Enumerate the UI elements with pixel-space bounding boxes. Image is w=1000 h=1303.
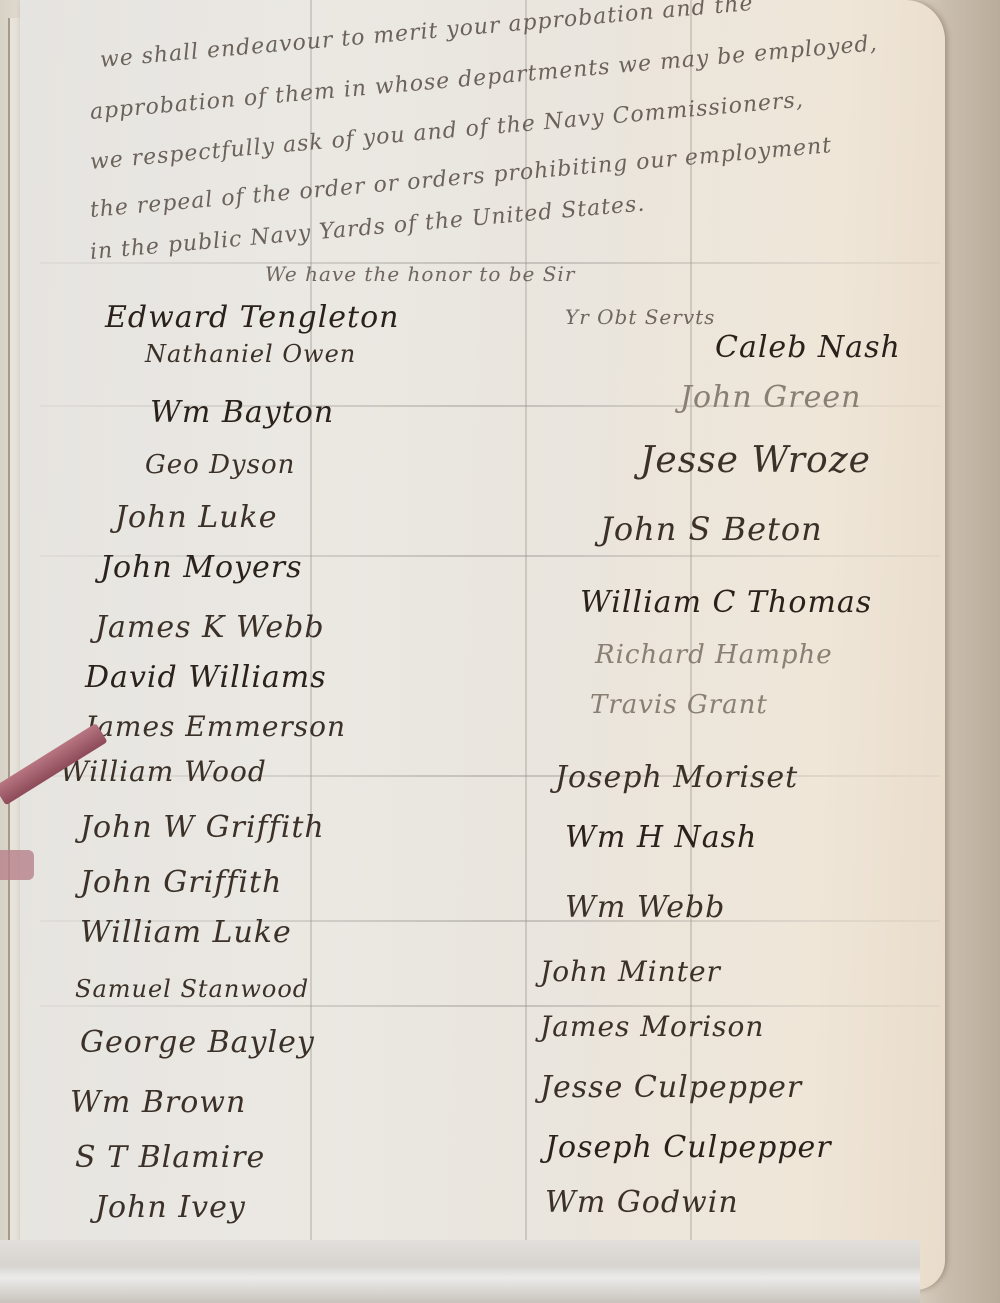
signature: William Wood bbox=[60, 755, 267, 788]
signature: Caleb Nash bbox=[715, 330, 901, 365]
signature: John Ivey bbox=[95, 1190, 246, 1225]
signature: James Morison bbox=[540, 1010, 764, 1043]
signature: Wm Bayton bbox=[150, 395, 334, 430]
signature: Wm H Nash bbox=[565, 820, 757, 855]
fold-line bbox=[525, 0, 527, 1240]
signature: Wm Brown bbox=[70, 1085, 246, 1120]
signature: John Griffith bbox=[80, 865, 282, 900]
signature: Travis Grant bbox=[590, 690, 768, 720]
signature: Joseph Culpepper bbox=[545, 1130, 832, 1165]
signature: John Moyers bbox=[100, 550, 302, 585]
signature: Jesse Culpepper bbox=[540, 1070, 802, 1105]
signature: John S Beton bbox=[600, 510, 823, 548]
signature: Richard Hamphe bbox=[595, 640, 833, 670]
page-stack-edge bbox=[0, 1240, 920, 1303]
signature: Nathaniel Owen bbox=[145, 340, 356, 368]
signature: John Minter bbox=[540, 955, 721, 988]
closing-line: We have the honor to be Sir bbox=[265, 262, 575, 286]
signature: Joseph Moriset bbox=[555, 760, 798, 795]
ribbon-bookmark-tail bbox=[0, 850, 34, 880]
manuscript-page: we shall endeavour to merit your approba… bbox=[20, 0, 945, 1290]
signature: Samuel Stanwood bbox=[75, 975, 309, 1003]
signature: John W Griffith bbox=[80, 810, 325, 845]
signature: Wm Webb bbox=[565, 890, 725, 925]
signature: James Emmerson bbox=[85, 710, 346, 743]
signature: Edward Tengleton bbox=[105, 300, 400, 335]
signature: Geo Dyson bbox=[145, 450, 295, 480]
signature: David Williams bbox=[85, 660, 327, 695]
signature: William Luke bbox=[80, 915, 292, 950]
fold-line bbox=[40, 1005, 940, 1007]
signature: Jesse Wroze bbox=[640, 440, 871, 481]
fold-line bbox=[690, 0, 692, 1240]
signature: John Green bbox=[680, 380, 861, 415]
signature: Wm Godwin bbox=[545, 1185, 739, 1220]
closing-line: Yr Obt Servts bbox=[565, 305, 715, 329]
signature: William C Thomas bbox=[580, 585, 872, 620]
signature: John Luke bbox=[115, 500, 277, 535]
signature: James K Webb bbox=[95, 610, 325, 645]
signature: George Bayley bbox=[80, 1025, 315, 1060]
signature: S T Blamire bbox=[75, 1140, 265, 1175]
